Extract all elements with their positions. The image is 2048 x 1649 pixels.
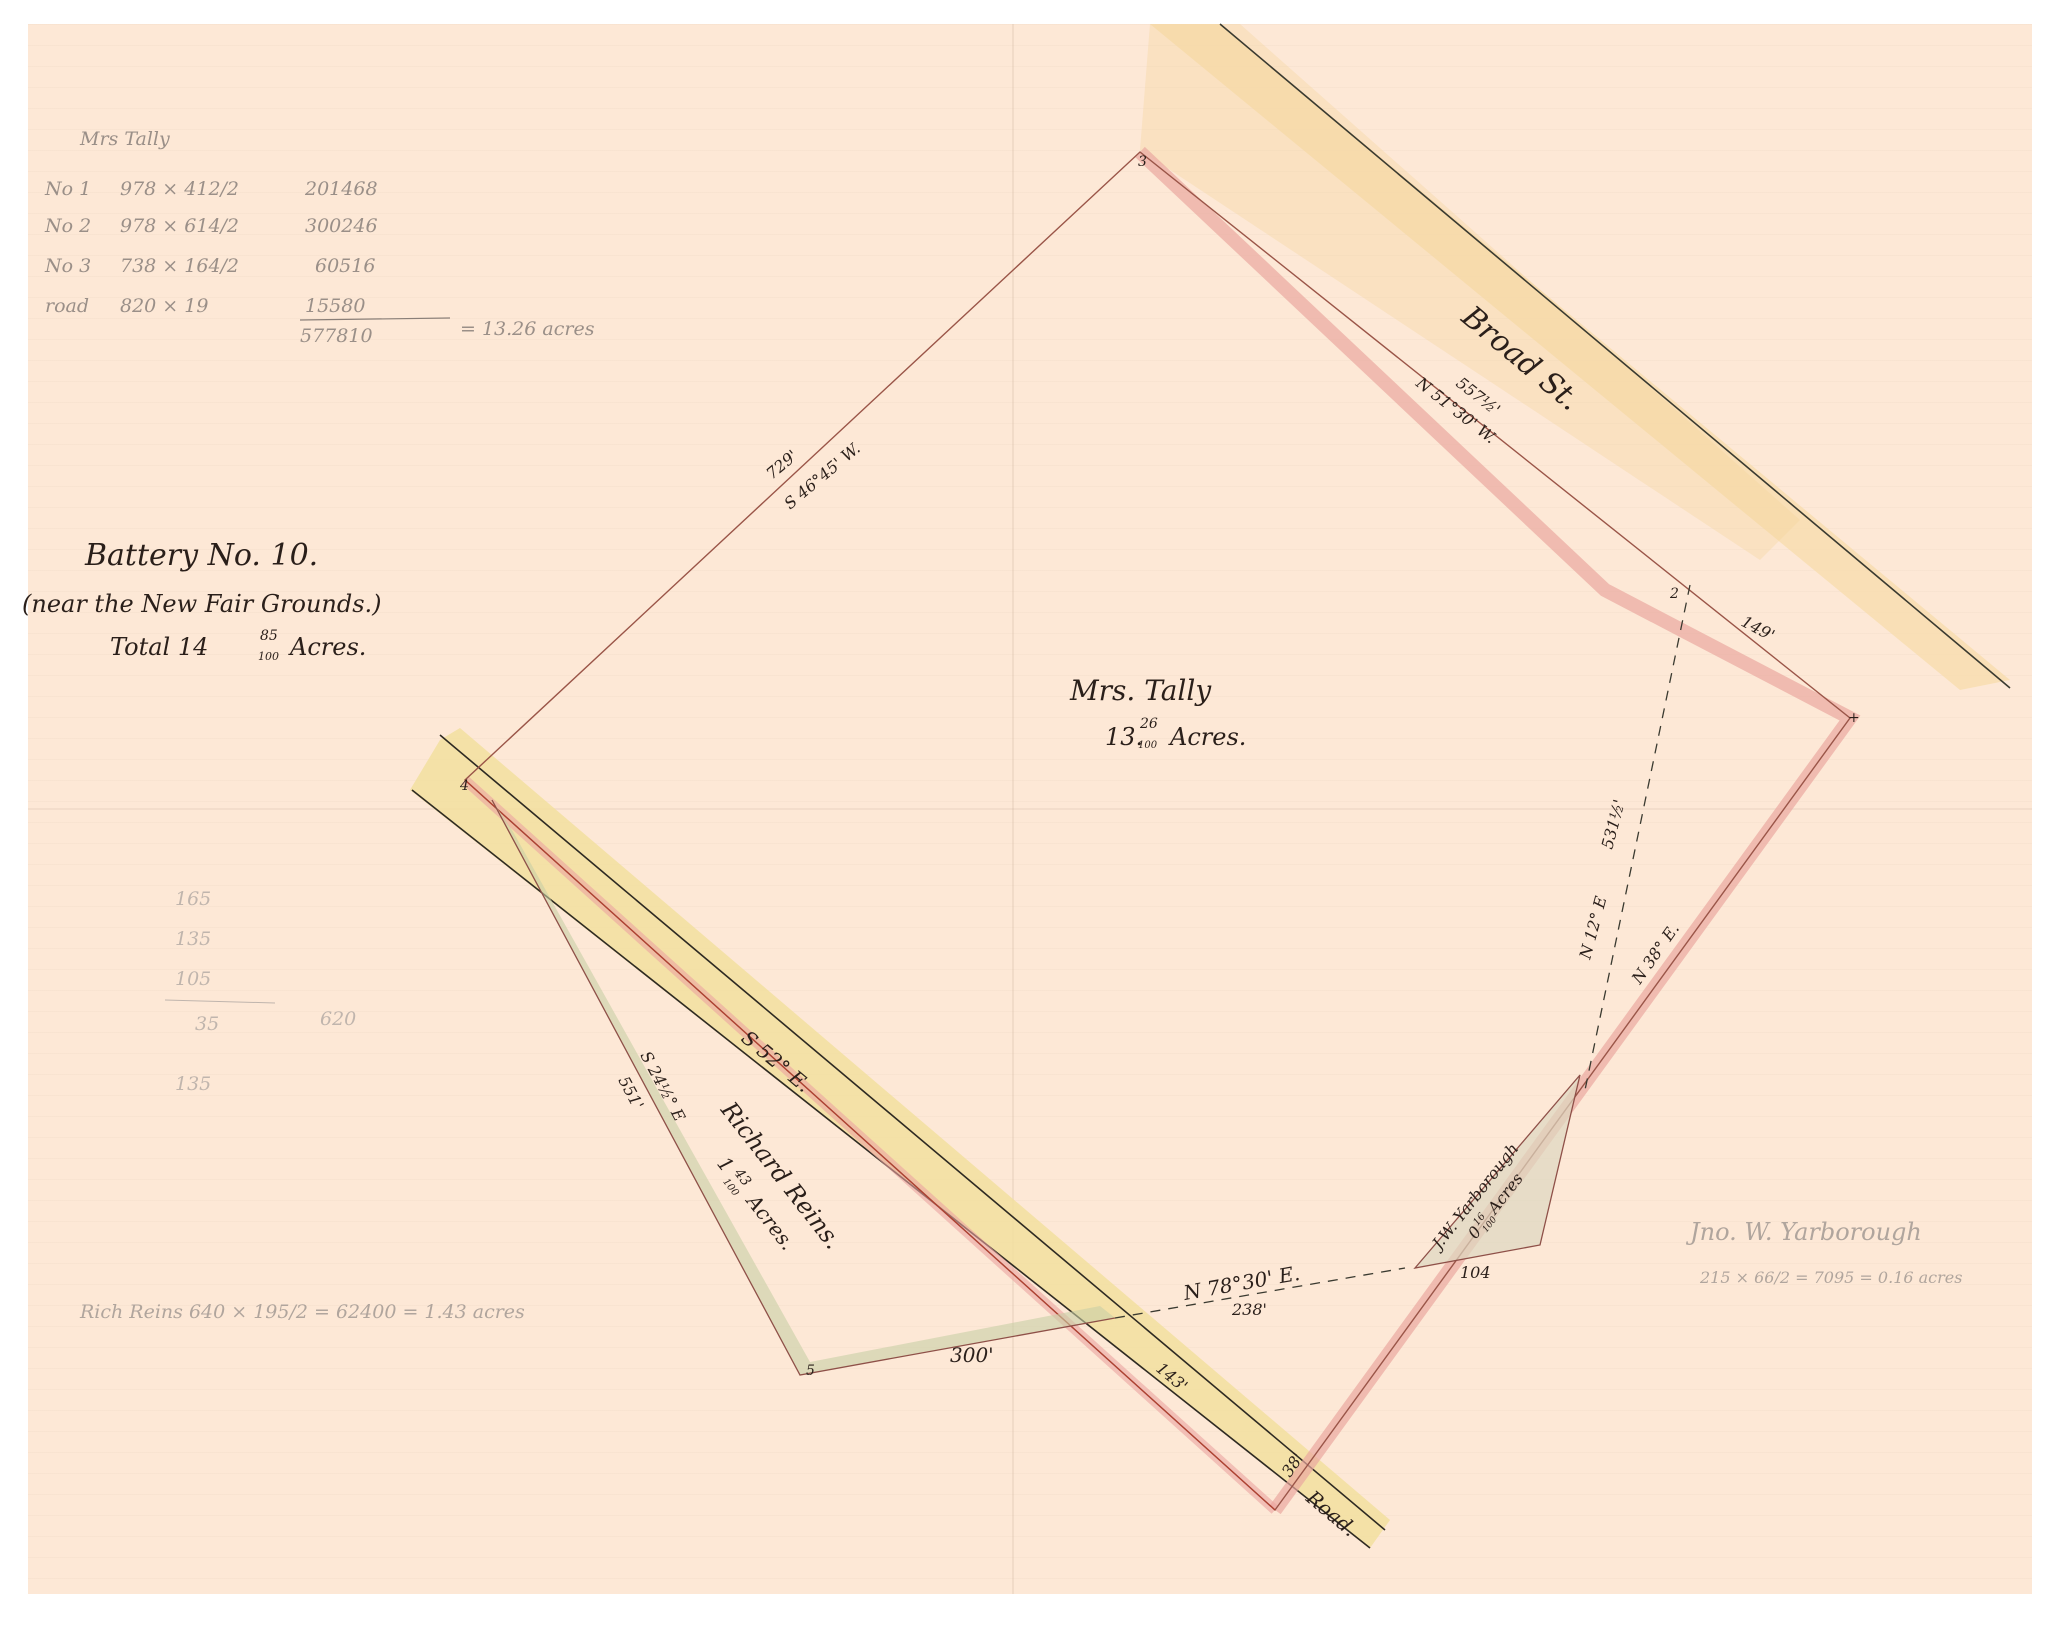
yarborough-calc-formula: 215 × 66/2 = 7095 = 0.16 acres [1699, 1268, 1962, 1287]
corner-3-label: 3 [1138, 154, 1147, 170]
tally-inner-road-line [465, 780, 1275, 1510]
dashed-line-distance: 531½' [1598, 797, 1629, 851]
svg-text:15580: 15580 [305, 295, 365, 317]
dashed-east-bearing: N 78°30' E. [1181, 1261, 1302, 1305]
line-2-1-distance: 149' [1738, 612, 1778, 645]
svg-text:300246: 300246 [305, 215, 378, 237]
svg-text:100: 100 [258, 650, 279, 663]
svg-text:978 × 412/2: 978 × 412/2 [120, 178, 239, 200]
pencil-sums: 165 135 105 35 135 620 [165, 888, 356, 1095]
dashed-east-distance: 238' [1231, 1300, 1267, 1319]
yarborough-calc-name: Jno. W. Yarborough [1685, 1218, 1922, 1246]
svg-text:820 × 19: 820 × 19 [120, 295, 208, 317]
svg-text:738 × 164/2: 738 × 164/2 [120, 255, 239, 277]
svg-text:Total 14: Total 14 [110, 633, 208, 661]
tally-parcel-boundary [465, 152, 1850, 1510]
corner-2-label: 2 [1669, 586, 1679, 602]
svg-text:620: 620 [320, 1008, 356, 1030]
svg-text:Acres.: Acres. [1168, 723, 1246, 751]
svg-text:No 2: No 2 [44, 215, 91, 237]
svg-text:978 × 614/2: 978 × 614/2 [120, 215, 239, 237]
svg-text:Acres.: Acres. [288, 633, 366, 661]
svg-text:60516: 60516 [315, 255, 375, 277]
road-wash [410, 728, 1390, 1548]
corner-5-label: 5 [806, 1363, 815, 1379]
svg-text:201468: 201468 [304, 178, 378, 200]
svg-text:165: 165 [175, 888, 211, 910]
corner-4-label: 4 [459, 778, 469, 794]
reins-calculation: Rich Reins 640 × 195/2 = 62400 = 1.43 ac… [79, 1301, 525, 1323]
road-line-north [440, 735, 1385, 1530]
svg-text:No 3: No 3 [44, 255, 91, 277]
svg-text:135: 135 [175, 928, 211, 950]
tally-calculation: Mrs Tally No 1 978 × 412/2 201468 No 2 9… [44, 128, 595, 347]
svg-text:100: 100 [1138, 740, 1158, 751]
svg-text:26: 26 [1139, 716, 1158, 732]
title-battery: Battery No. 10. [84, 538, 318, 573]
line-4-3-distance: 729' [762, 446, 801, 483]
svg-text:Mrs Tally: Mrs Tally [79, 128, 170, 150]
svg-text:85: 85 [260, 628, 278, 644]
svg-text:105: 105 [175, 968, 211, 990]
svg-text:No 1: No 1 [44, 178, 91, 200]
svg-text:Mrs. Tally: Mrs. Tally [1069, 674, 1212, 707]
title-total-acres: Total 14 85 100 Acres. [110, 628, 366, 663]
svg-text:= 13.26 acres: = 13.26 acres [460, 318, 595, 340]
tally-parcel-label: Mrs. Tally 13. 26 100 Acres. [1069, 674, 1246, 751]
corner-1-marker: + [1848, 710, 1860, 726]
dashed-line-bearing: N 12° E [1575, 894, 1610, 962]
broad-street-wash-edge [1140, 24, 1800, 560]
svg-text:577810: 577810 [300, 325, 373, 347]
svg-text:road: road [45, 295, 89, 317]
yarborough-base-distance: 104 [1460, 1263, 1491, 1282]
title-location: (near the New Fair Grounds.) [22, 590, 382, 618]
survey-map: 3 2 4 5 + Battery No. 10. (near the New … [0, 0, 2048, 1649]
svg-text:35: 35 [195, 1013, 219, 1035]
svg-text:135: 135 [175, 1073, 211, 1095]
line-5-road-distance: 300' [950, 1343, 994, 1367]
